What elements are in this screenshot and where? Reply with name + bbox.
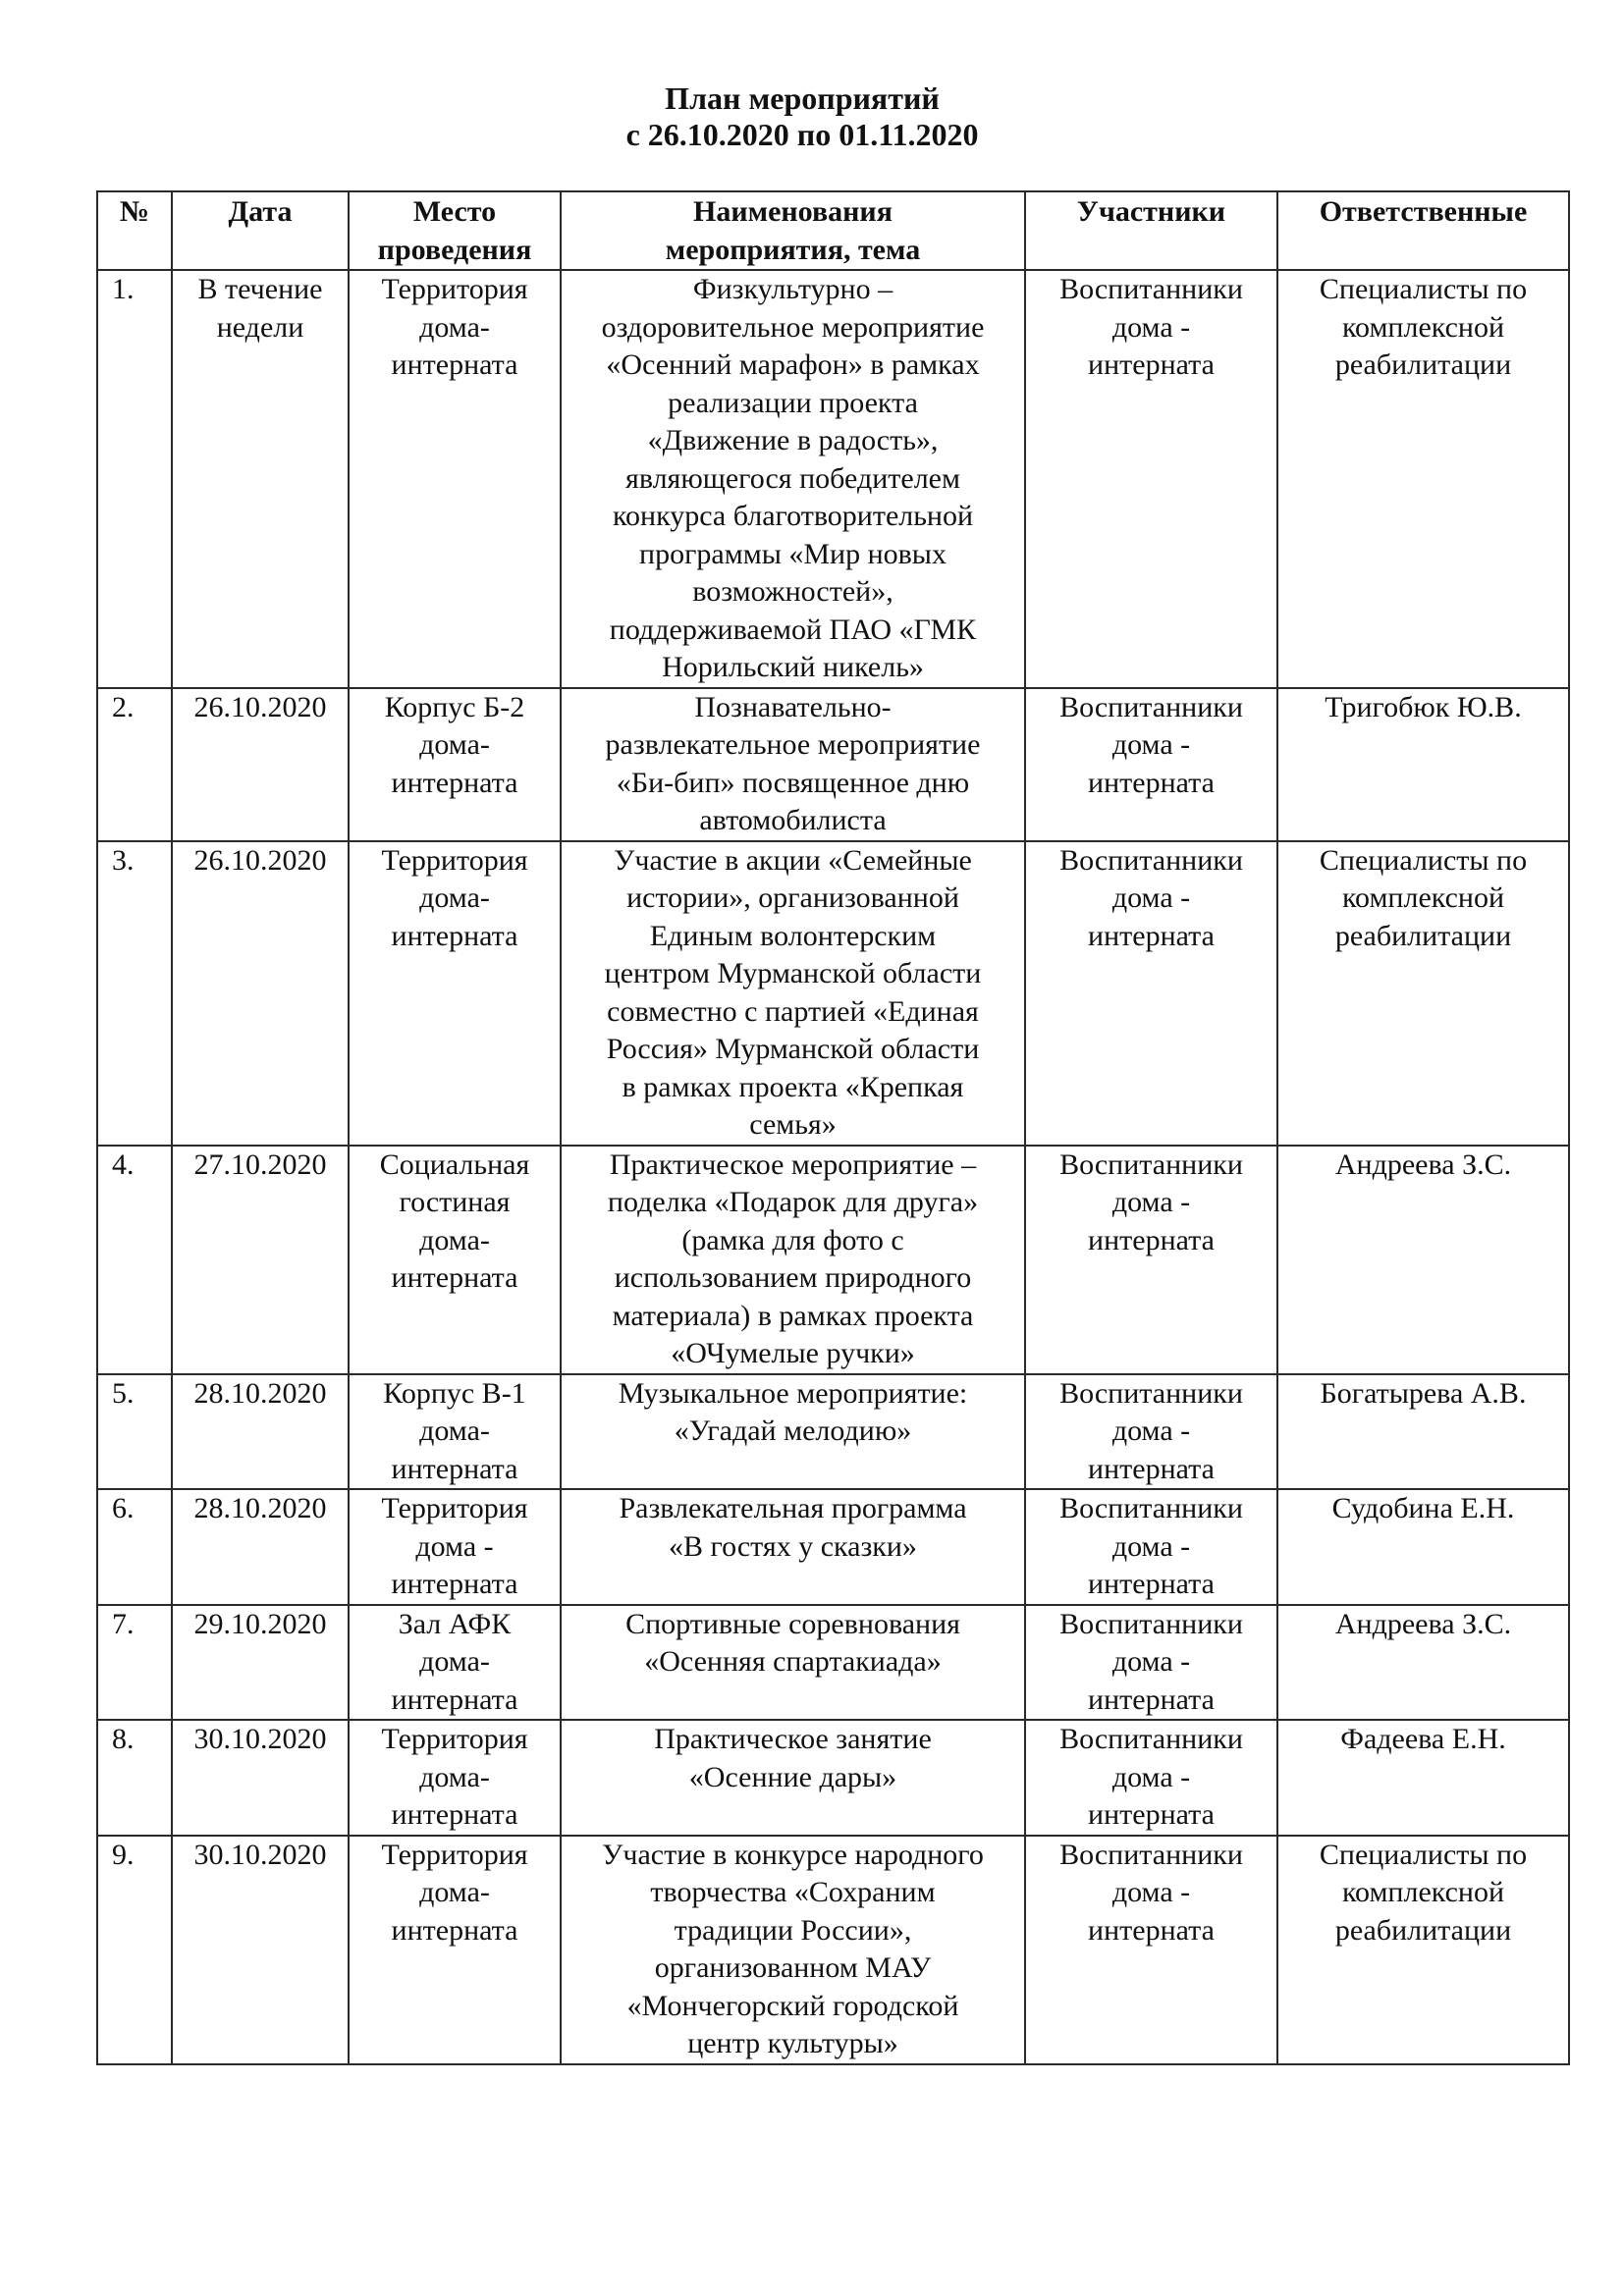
cell-text-line: Территория (353, 1721, 556, 1759)
cell-text-line: дома- (353, 1413, 556, 1451)
cell-text-line: интерната (1030, 1682, 1272, 1720)
cell-text-line: дома - (1030, 1759, 1272, 1797)
cell-text-line: Территория (353, 271, 556, 309)
cell-text-line: Развлекательная программа (566, 1490, 1020, 1528)
cell-text-line: Корпус В-1 (353, 1375, 556, 1414)
cell-place: Территориядома -интерната (349, 1489, 561, 1605)
cell-responsible: Специалисты покомплекснойреабилитации (1277, 841, 1569, 1146)
header-place: Местопроведения (349, 191, 561, 270)
title-line-1: План мероприятий (471, 80, 1133, 117)
header-text: Место (353, 193, 556, 232)
cell-text-line: Участие в акции «Семейные (566, 842, 1020, 881)
cell-text-line: дома - (1030, 1184, 1272, 1222)
cell-text-line: дома- (353, 1759, 556, 1797)
cell-text-line: Россия» Мурманской области (566, 1031, 1020, 1069)
table-row: 7.29.10.2020Зал АФКдома-интернатаСпортив… (97, 1605, 1569, 1721)
table-row: 5.28.10.2020Корпус В-1дома-интернатаМузы… (97, 1374, 1569, 1490)
cell-text-line: Воспитанники (1030, 1490, 1272, 1528)
cell-text-line: «Мончегорский городской (566, 1988, 1020, 2026)
cell-text-line: Специалисты по (1282, 842, 1564, 881)
cell-participants: Воспитанникидома -интерната (1025, 1489, 1277, 1605)
cell-text-line: Корпус Б-2 (353, 689, 556, 727)
cell-text-line: интерната (353, 1451, 556, 1489)
cell-text-line: истории», организованной (566, 880, 1020, 918)
cell-text-line: центр культуры» (566, 2025, 1020, 2063)
cell-text-line: дома - (1030, 1413, 1272, 1451)
cell-responsible: Тригобюк Ю.В. (1277, 688, 1569, 841)
cell-text-line: 26.10.2020 (177, 689, 344, 727)
cell-text-line: Социальная (353, 1147, 556, 1185)
cell-text-line: интерната (1030, 1796, 1272, 1835)
cell-text-line: (рамка для фото с (566, 1222, 1020, 1260)
cell-number: 2. (97, 688, 172, 841)
cell-date: 28.10.2020 (172, 1374, 349, 1490)
cell-place: Корпус Б-2дома-интерната (349, 688, 561, 841)
cell-date: 29.10.2020 (172, 1605, 349, 1721)
cell-text-line: комплексной (1282, 1874, 1564, 1912)
cell-date: 27.10.2020 (172, 1146, 349, 1374)
cell-date: 26.10.2020 (172, 841, 349, 1146)
cell-text-line: Практическое занятие (566, 1721, 1020, 1759)
cell-text-line: «Осенний марафон» в рамках (566, 347, 1020, 385)
table-row: 6.28.10.2020Территориядома -интернатаРаз… (97, 1489, 1569, 1605)
header-text: Дата (177, 193, 344, 232)
cell-text-line: традиции России», (566, 1912, 1020, 1950)
header-text: Участники (1030, 193, 1272, 232)
cell-date: 28.10.2020 (172, 1489, 349, 1605)
table-row: 4.27.10.2020Социальнаягостинаядома-интер… (97, 1146, 1569, 1374)
cell-text-line: Практическое мероприятие – (566, 1147, 1020, 1185)
cell-text-line: гостиная (353, 1184, 556, 1222)
cell-text-line: семья» (566, 1106, 1020, 1145)
cell-text-line: Территория (353, 1837, 556, 1875)
cell-text-line: «Осенняя спартакиада» (566, 1643, 1020, 1682)
cell-text-line: творчества «Сохраним (566, 1874, 1020, 1912)
cell-text-line: комплексной (1282, 309, 1564, 347)
table-row: 3.26.10.2020Территориядома-интернатаУчас… (97, 841, 1569, 1146)
cell-date: 30.10.2020 (172, 1720, 349, 1836)
cell-text-line: дома- (353, 309, 556, 347)
cell-text-line: Физкультурно – (566, 271, 1020, 309)
cell-text-line: использованием природного (566, 1259, 1020, 1298)
cell-text-line: в рамках проекта «Крепкая (566, 1069, 1020, 1107)
cell-event: Познавательно-развлекательное мероприяти… (561, 688, 1025, 841)
cell-text-line: интерната (353, 1912, 556, 1950)
cell-text-line: дома- (353, 1222, 556, 1260)
cell-text-line: «Осенние дары» (566, 1759, 1020, 1797)
cell-text-line: материала) в рамках проекта (566, 1298, 1020, 1336)
cell-text-line: Территория (353, 1490, 556, 1528)
cell-text-line: автомобилиста (566, 802, 1020, 840)
cell-date: В течениенедели (172, 270, 349, 688)
cell-text-line: дома - (1030, 726, 1272, 765)
cell-text-line: Зал АФК (353, 1606, 556, 1644)
cell-text-line: интерната (1030, 1912, 1272, 1950)
cell-event: Участие в конкурсе народноготворчества «… (561, 1836, 1025, 2064)
cell-number: 5. (97, 1374, 172, 1490)
cell-text-line: В течение (177, 271, 344, 309)
cell-participants: Воспитанникидома -интерната (1025, 1836, 1277, 2064)
cell-text-line: дома - (1030, 1528, 1272, 1567)
cell-text-line: 29.10.2020 (177, 1606, 344, 1644)
cell-participants: Воспитанникидома -интерната (1025, 270, 1277, 688)
cell-text-line: 28.10.2020 (177, 1375, 344, 1414)
cell-text-line: реабилитации (1282, 918, 1564, 956)
cell-participants: Воспитанникидома -интерната (1025, 841, 1277, 1146)
cell-text-line: 30.10.2020 (177, 1837, 344, 1875)
cell-number: 1. (97, 270, 172, 688)
cell-text-line: Воспитанники (1030, 689, 1272, 727)
cell-text-line: реализации проекта (566, 385, 1020, 423)
cell-text-line: Территория (353, 842, 556, 881)
cell-responsible: Андреева З.С. (1277, 1605, 1569, 1721)
cell-text-line: Воспитанники (1030, 271, 1272, 309)
header-text: Наименования (566, 193, 1020, 232)
cell-text-line: интерната (353, 765, 556, 803)
cell-event: Практическое мероприятие –поделка «Подар… (561, 1146, 1025, 1374)
cell-text-line: «Движение в радость», (566, 422, 1020, 460)
cell-text-line: Специалисты по (1282, 271, 1564, 309)
cell-text-line: недели (177, 309, 344, 347)
cell-text-line: Единым волонтерским (566, 918, 1020, 956)
cell-text-line: являющегося победителем (566, 460, 1020, 499)
header-text: мероприятия, тема (566, 232, 1020, 270)
cell-responsible: Специалисты покомплекснойреабилитации (1277, 270, 1569, 688)
cell-text-line: Норильский никель» (566, 649, 1020, 687)
cell-text-line: «Угадай мелодию» (566, 1413, 1020, 1451)
cell-participants: Воспитанникидома -интерната (1025, 1374, 1277, 1490)
cell-participants: Воспитанникидома -интерната (1025, 1146, 1277, 1374)
cell-responsible: Специалисты покомплекснойреабилитации (1277, 1836, 1569, 2064)
cell-text-line: дома- (353, 1874, 556, 1912)
document-title: План мероприятий с 26.10.2020 по 01.11.2… (471, 80, 1133, 153)
header-date: Дата (172, 191, 349, 270)
cell-text-line: Музыкальное мероприятие: (566, 1375, 1020, 1414)
cell-text-line: дома - (1030, 880, 1272, 918)
cell-place: Территориядома-интерната (349, 270, 561, 688)
cell-text-line: Воспитанники (1030, 1606, 1272, 1644)
cell-responsible: Андреева З.С. (1277, 1146, 1569, 1374)
header-number: № (97, 191, 172, 270)
cell-text-line: Воспитанники (1030, 1147, 1272, 1185)
cell-text-line: интерната (1030, 1566, 1272, 1604)
cell-place: Территориядома-интерната (349, 841, 561, 1146)
cell-number: 9. (97, 1836, 172, 2064)
cell-responsible: Фадеева Е.Н. (1277, 1720, 1569, 1836)
cell-text-line: Спортивные соревнования (566, 1606, 1020, 1644)
cell-text-line: дома- (353, 880, 556, 918)
cell-text-line: интерната (353, 347, 556, 385)
header-text: Ответственные (1282, 193, 1564, 232)
cell-text-line: Воспитанники (1030, 1837, 1272, 1875)
header-responsible: Ответственные (1277, 191, 1569, 270)
cell-text-line: комплексной (1282, 880, 1564, 918)
cell-text-line: «ОЧумелые ручки» (566, 1335, 1020, 1373)
cell-text-line: дома - (1030, 1643, 1272, 1682)
cell-participants: Воспитанникидома -интерната (1025, 1605, 1277, 1721)
cell-text-line: 26.10.2020 (177, 842, 344, 881)
cell-text-line: интерната (1030, 918, 1272, 956)
cell-text-line: Воспитанники (1030, 1375, 1272, 1414)
cell-date: 26.10.2020 (172, 688, 349, 841)
cell-place: Корпус В-1дома-интерната (349, 1374, 561, 1490)
cell-text-line: дома- (353, 726, 556, 765)
header-text: проведения (353, 232, 556, 270)
cell-number: 4. (97, 1146, 172, 1374)
events-plan-table: №ДатаМестопроведенияНаименованиямероприя… (96, 190, 1570, 2065)
cell-text-line: центром Мурманской области (566, 955, 1020, 993)
cell-number: 6. (97, 1489, 172, 1605)
table-row: 9.30.10.2020Территориядома-интернатаУчас… (97, 1836, 1569, 2064)
cell-text-line: поддерживаемой ПАО «ГМК (566, 612, 1020, 650)
cell-text-line: 30.10.2020 (177, 1721, 344, 1759)
cell-text-line: интерната (353, 1682, 556, 1720)
cell-text-line: совместно с партией «Единая (566, 993, 1020, 1032)
cell-text-line: Судобина Е.Н. (1282, 1490, 1564, 1528)
cell-text-line: интерната (353, 918, 556, 956)
cell-text-line: Фадеева Е.Н. (1282, 1721, 1564, 1759)
cell-place: Зал АФКдома-интерната (349, 1605, 561, 1721)
cell-text-line: реабилитации (1282, 347, 1564, 385)
cell-participants: Воспитанникидома -интерната (1025, 1720, 1277, 1836)
title-period: с 26.10.2020 по 01.11.2020 (471, 117, 1133, 153)
cell-event: Развлекательная программа«В гостях у ска… (561, 1489, 1025, 1605)
header-participants: Участники (1025, 191, 1277, 270)
cell-text-line: Познавательно- (566, 689, 1020, 727)
cell-text-line: дома- (353, 1643, 556, 1682)
cell-text-line: Андреева З.С. (1282, 1147, 1564, 1185)
cell-event: Практическое занятие«Осенние дары» (561, 1720, 1025, 1836)
cell-text-line: поделка «Подарок для друга» (566, 1184, 1020, 1222)
cell-number: 3. (97, 841, 172, 1146)
cell-date: 30.10.2020 (172, 1836, 349, 2064)
table-row: 2.26.10.2020Корпус Б-2дома-интернатаПозн… (97, 688, 1569, 841)
cell-text-line: 28.10.2020 (177, 1490, 344, 1528)
cell-text-line: «В гостях у сказки» (566, 1528, 1020, 1567)
cell-responsible: Судобина Е.Н. (1277, 1489, 1569, 1605)
cell-number: 7. (97, 1605, 172, 1721)
cell-participants: Воспитанникидома -интерната (1025, 688, 1277, 841)
cell-text-line: оздоровительное мероприятие (566, 309, 1020, 347)
table-row: 8.30.10.2020Территориядома-интернатаПрак… (97, 1720, 1569, 1836)
cell-text-line: организованном МАУ (566, 1949, 1020, 1988)
cell-event: Участие в акции «Семейныеистории», орган… (561, 841, 1025, 1146)
cell-place: Социальнаягостинаядома-интерната (349, 1146, 561, 1374)
cell-text-line: Богатырева А.В. (1282, 1375, 1564, 1414)
cell-text-line: интерната (1030, 347, 1272, 385)
table-header-row: №ДатаМестопроведенияНаименованиямероприя… (97, 191, 1569, 270)
cell-text-line: дома - (353, 1528, 556, 1567)
header-event: Наименованиямероприятия, тема (561, 191, 1025, 270)
cell-text-line: Специалисты по (1282, 1837, 1564, 1875)
cell-event: Музыкальное мероприятие:«Угадай мелодию» (561, 1374, 1025, 1490)
cell-text-line: Участие в конкурсе народного (566, 1837, 1020, 1875)
cell-text-line: интерната (1030, 765, 1272, 803)
cell-event: Физкультурно –оздоровительное мероприяти… (561, 270, 1025, 688)
cell-text-line: возможностей», (566, 573, 1020, 612)
header-text: № (102, 193, 167, 232)
cell-text-line: Тригобюк Ю.В. (1282, 689, 1564, 727)
cell-number: 8. (97, 1720, 172, 1836)
cell-text-line: Воспитанники (1030, 1721, 1272, 1759)
cell-text-line: Воспитанники (1030, 842, 1272, 881)
cell-text-line: интерната (353, 1259, 556, 1298)
cell-text-line: интерната (1030, 1222, 1272, 1260)
cell-text-line: программы «Мир новых (566, 536, 1020, 574)
cell-text-line: 27.10.2020 (177, 1147, 344, 1185)
cell-text-line: дома - (1030, 1874, 1272, 1912)
cell-place: Территориядома-интерната (349, 1836, 561, 2064)
cell-place: Территориядома-интерната (349, 1720, 561, 1836)
cell-text-line: интерната (353, 1566, 556, 1604)
cell-text-line: интерната (1030, 1451, 1272, 1489)
cell-text-line: дома - (1030, 309, 1272, 347)
cell-text-line: реабилитации (1282, 1912, 1564, 1950)
cell-text-line: интерната (353, 1796, 556, 1835)
table-row: 1.В течениенеделиТерриториядома-интернат… (97, 270, 1569, 688)
cell-text-line: развлекательное мероприятие (566, 726, 1020, 765)
cell-text-line: «Би-бип» посвященное дню (566, 765, 1020, 803)
cell-event: Спортивные соревнования«Осенняя спартаки… (561, 1605, 1025, 1721)
cell-text-line: конкурса благотворительной (566, 498, 1020, 536)
cell-responsible: Богатырева А.В. (1277, 1374, 1569, 1490)
cell-text-line: Андреева З.С. (1282, 1606, 1564, 1644)
